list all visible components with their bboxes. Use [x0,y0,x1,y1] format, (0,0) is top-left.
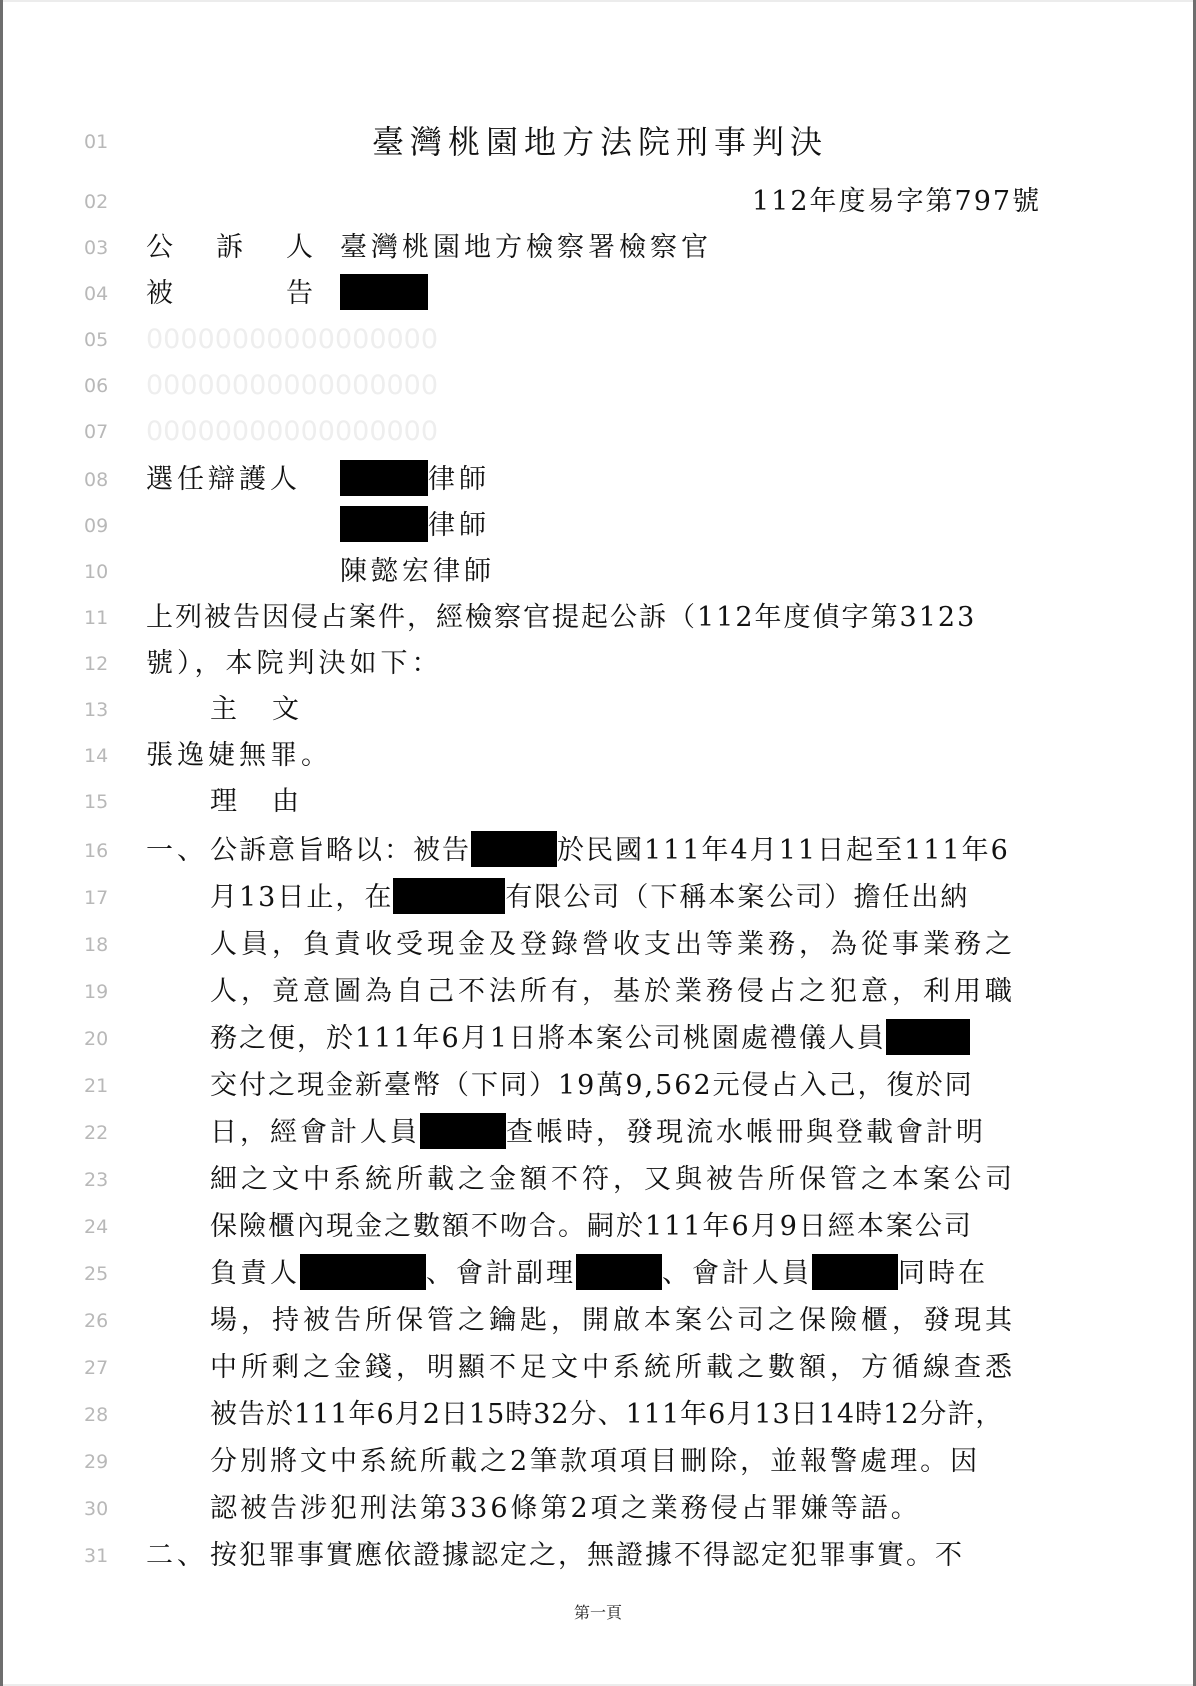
line-04: 04 被 告 [0,272,1196,316]
line-15: 15 理 由 [0,780,1196,824]
line-06: 06 00000000000000000 [0,364,1196,408]
defendant-label: 被 告 [146,272,321,316]
prosecutor-label: 公 訴 人 [146,226,321,270]
reason-text: 認被告涉犯刑法第336條第2項之業務侵占罪嫌等語。 [210,1487,921,1531]
line-number: 13 [84,688,124,732]
line-number: 08 [84,458,124,502]
line-number: 19 [84,970,124,1014]
reason-text: 同時在 [898,1258,988,1289]
line-number: 26 [84,1299,124,1343]
placeholder-text: 00000000000000000 [146,318,438,362]
line-02: 02 112年度易字第797號 [0,180,1196,224]
reason-text: 、會計人員 [662,1258,812,1289]
reason-text: 有限公司（下稱本案公司）擔任出納 [505,882,969,913]
redaction-block [420,1113,506,1149]
reason-text: 公訴意旨略以：被告 [210,835,471,866]
line-number: 09 [84,504,124,548]
line-number: 01 [84,120,124,164]
line-number: 28 [84,1393,124,1437]
reason-text: 於民國111年4月11日起至111年6 [557,835,1010,866]
line-number: 30 [84,1487,124,1531]
redaction-block [340,506,428,542]
reason-text: 細之文中系統所載之金額不符，又與被告所保管之本案公司 [210,1158,1016,1202]
reason-text: 、會計副理 [426,1258,576,1289]
intro-text: 上列被告因侵占案件，經檢察官提起公訴（112年度偵字第3123 [146,596,976,640]
line-07: 07 00000000000000000 [0,410,1196,454]
line-number: 31 [84,1534,124,1578]
case-number: 112年度易字第797號 [752,180,1041,224]
line-number: 05 [84,318,124,362]
line-number: 04 [84,272,124,316]
line-12: 12 號），本院判決如下： [0,642,1196,686]
verdict-text: 張逸婕無罪。 [146,734,332,778]
reason-text: 場，持被告所保管之鑰匙，開啟本案公司之保險櫃，發現其 [210,1299,1016,1343]
reason-text: 按犯罪事實應依證據認定之，無證據不得認定犯罪事實。不 [210,1534,964,1578]
line-number: 07 [84,410,124,454]
line-number: 25 [84,1252,124,1296]
line-number: 16 [84,829,124,873]
line-number: 21 [84,1064,124,1108]
line-number: 23 [84,1158,124,1202]
line-number: 20 [84,1017,124,1061]
line-20: 20 務之便，於111年6月1日將本案公司桃園處禮儀人員 [0,1017,1196,1061]
reason-text: 被告於111年6月2日15時32分、111年6月13日14時12分許， [210,1393,1003,1437]
line-number: 06 [84,364,124,408]
line-26: 26 場，持被告所保管之鑰匙，開啟本案公司之保險櫃，發現其 [0,1299,1196,1343]
intro-text: 號），本院判決如下： [146,642,443,686]
section-heading-reasons: 理 由 [210,780,303,824]
line-29: 29 分別將文中系統所載之2筆款項項目刪除，並報警處理。因 [0,1440,1196,1484]
line-number: 15 [84,780,124,824]
placeholder-text: 00000000000000000 [146,364,438,408]
line-13: 13 主 文 [0,688,1196,732]
reason-text: 分別將文中系統所載之2筆款項項目刪除，並報警處理。因 [210,1440,980,1484]
reason-text: 查帳時，發現流水帳冊與登載會計明 [506,1117,986,1148]
line-number: 12 [84,642,124,686]
redaction-block [300,1254,426,1290]
line-17: 17 月13日止，在有限公司（下稱本案公司）擔任出納 [0,876,1196,920]
line-10: 10 陳懿宏律師 [0,550,1196,594]
reason-text: 日，經會計人員 [210,1117,420,1148]
redaction-block [576,1254,662,1290]
counsel-name: 陳懿宏律師 [340,550,495,594]
line-14: 14 張逸婕無罪。 [0,734,1196,778]
line-24: 24 保險櫃內現金之數額不吻合。嗣於111年6月9日經本案公司 [0,1205,1196,1249]
line-number: 18 [84,923,124,967]
reason-text: 月13日止，在 [210,882,393,913]
redaction-block [886,1019,970,1055]
line-number: 27 [84,1346,124,1390]
line-21: 21 交付之現金新臺幣（下同）19萬9,562元侵占入己，復於同 [0,1064,1196,1108]
line-number: 10 [84,550,124,594]
page-footer: 第一頁 [0,1600,1196,1623]
line-30: 30 認被告涉犯刑法第336條第2項之業務侵占罪嫌等語。 [0,1487,1196,1531]
line-27: 27 中所剩之金錢，明顯不足文中系統所載之數額，方循線查悉 [0,1346,1196,1390]
reason-text: 人員，負責收受現金及登錄營收支出等業務，為從事業務之 [210,923,1016,967]
page-border-top [3,0,1193,2]
line-number: 29 [84,1440,124,1484]
line-31: 31 二、 按犯罪事實應依證據認定之，無證據不得認定犯罪事實。不 [0,1534,1196,1578]
line-22: 22 日，經會計人員查帳時，發現流水帳冊與登載會計明 [0,1111,1196,1155]
reason-text: 中所剩之金錢，明顯不足文中系統所載之數額，方循線查悉 [210,1346,1016,1390]
line-23: 23 細之文中系統所載之金額不符，又與被告所保管之本案公司 [0,1158,1196,1202]
reason-text: 人，竟意圖為自己不法所有，基於業務侵占之犯意，利用職 [210,970,1016,1014]
line-16: 16 一、 公訴意旨略以：被告於民國111年4月11日起至111年6 [0,829,1196,873]
line-number: 17 [84,876,124,920]
line-28: 28 被告於111年6月2日15時32分、111年6月13日14時12分許， [0,1393,1196,1437]
counsel-label: 選任辯護人 [146,458,301,502]
line-number: 11 [84,596,124,640]
redaction-block [812,1254,898,1290]
reason-text: 保險櫃內現金之數額不吻合。嗣於111年6月9日經本案公司 [210,1205,973,1249]
line-18: 18 人員，負責收受現金及登錄營收支出等業務，為從事業務之 [0,923,1196,967]
reason-text: 務之便，於111年6月1日將本案公司桃園處禮儀人員 [210,1023,886,1054]
line-03: 03 公 訴 人 臺灣桃園地方檢察署檢察官 [0,226,1196,270]
section-heading-main: 主 文 [210,688,303,732]
line-number: 03 [84,226,124,270]
line-08: 08 選任辯護人 律師 [0,458,1196,502]
line-09: 09 律師 [0,504,1196,548]
reason-text: 交付之現金新臺幣（下同）19萬9,562元侵占入己，復於同 [210,1064,974,1108]
reason-text: 負責人 [210,1258,300,1289]
line-25: 25 負責人、會計副理、會計人員同時在 [0,1252,1196,1296]
line-05: 05 00000000000000000 [0,318,1196,362]
counsel-suffix: 律師 [428,510,490,541]
document-title: 臺灣桃園地方法院刑事判決 [372,120,828,164]
redaction-block [340,274,428,310]
counsel-suffix: 律師 [428,464,490,495]
line-number: 24 [84,1205,124,1249]
line-number: 02 [84,180,124,224]
redaction-block [340,460,428,496]
line-number: 22 [84,1111,124,1155]
item-marker: 一、 [146,829,208,873]
document-page: 01 臺灣桃園地方法院刑事判決 02 112年度易字第797號 03 公 訴 人… [0,0,1196,1686]
redaction-block [471,831,557,867]
line-11: 11 上列被告因侵占案件，經檢察官提起公訴（112年度偵字第3123 [0,596,1196,640]
line-19: 19 人，竟意圖為自己不法所有，基於業務侵占之犯意，利用職 [0,970,1196,1014]
item-marker: 二、 [146,1534,208,1578]
prosecutor-value: 臺灣桃園地方檢察署檢察官 [340,226,712,270]
line-number: 14 [84,734,124,778]
line-01: 01 臺灣桃園地方法院刑事判決 [0,120,1196,164]
redaction-block [393,878,505,914]
placeholder-text: 00000000000000000 [146,410,438,454]
